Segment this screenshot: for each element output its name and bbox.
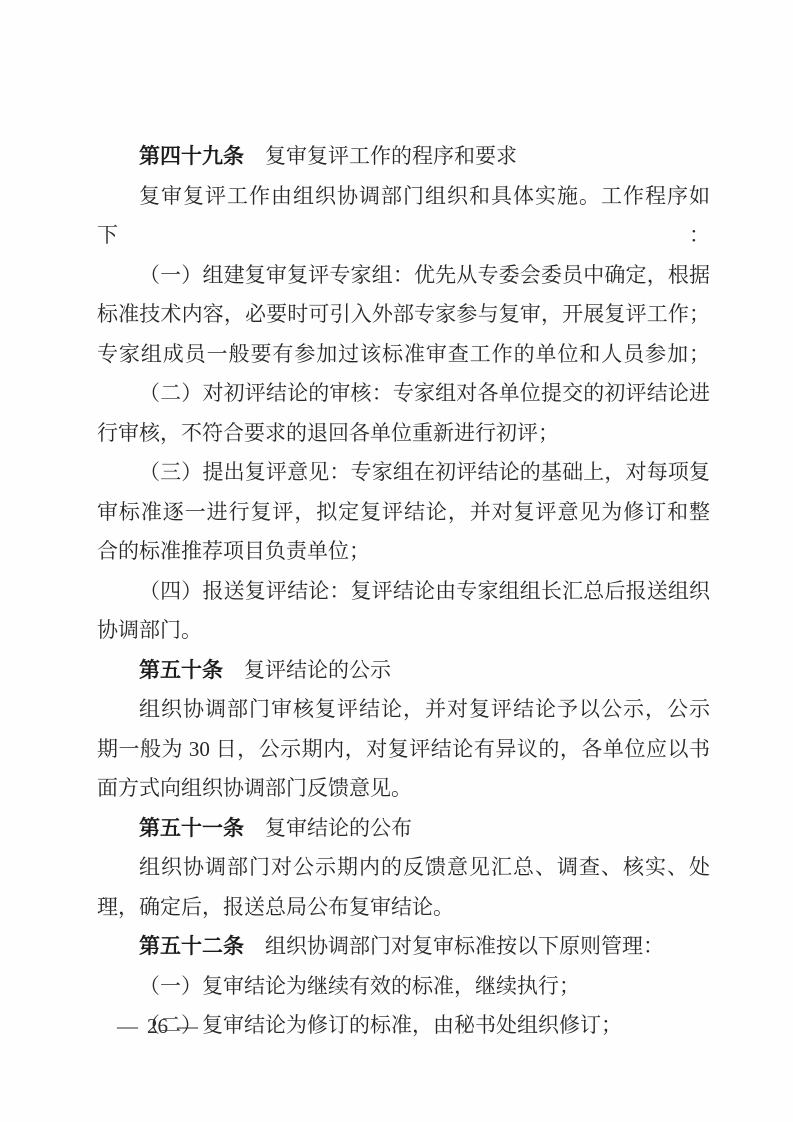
text-line: 面方式向组织协调部门反馈意见。 <box>97 769 710 809</box>
line-text: 协调部门。 <box>97 618 202 642</box>
text-line: 复审复评工作由组织协调部门组织和具体实施。工作程序如下： <box>97 177 710 256</box>
text-line: （三）提出复评意见：专家组在初评结论的基础上，对每项复 <box>97 453 710 493</box>
article-number: 第五十条 <box>139 659 223 682</box>
line-text: 专家组成员一般要有参加过该标准审查工作的单位和人员参加； <box>97 342 710 366</box>
line-text: （三）提出复评意见：专家组在初评结论的基础上，对每项复 <box>139 460 710 484</box>
text-line: 协调部门。 <box>97 611 710 651</box>
line-text: 标准技术内容，必要时可引入外部专家参与复审，开展复评工作； <box>97 302 710 326</box>
line-text: 复审复评工作的程序和要求 <box>244 144 517 168</box>
line-text: 期一般为 30 日，公示期内，对复评结论有异议的，各单位应以书 <box>97 737 710 761</box>
article-heading-line: 第五十一条 复审结论的公布 <box>97 809 710 849</box>
text-line: 专家组成员一般要有参加过该标准审查工作的单位和人员参加； <box>97 335 710 375</box>
article-number: 第四十九条 <box>139 145 244 168</box>
line-text: 审标准逐一进行复评，拟定复评结论，并对复评意见为修订和整 <box>97 500 710 524</box>
text-line: （二）对初评结论的审核：专家组对各单位提交的初评结论进 <box>97 374 710 414</box>
article-heading-line: 第五十条 复评结论的公示 <box>97 651 710 691</box>
line-text: 复审复评工作由组织协调部门组织和具体实施。工作程序如下： <box>97 184 710 248</box>
text-line: 理，确定后，报送总局公布复审结论。 <box>97 888 710 928</box>
line-text: 行审核，不符合要求的退回各单位重新进行初评； <box>97 421 559 445</box>
line-text: （一）组建复审复评专家组：优先从专委会委员中确定，根据 <box>139 263 710 287</box>
line-text: （一）复审结论为继续有效的标准，继续执行； <box>139 974 580 998</box>
text-block: 第四十九条 复审复评工作的程序和要求复审复评工作由组织协调部门组织和具体实施。工… <box>97 137 710 1046</box>
document-page: 第四十九条 复审复评工作的程序和要求复审复评工作由组织协调部门组织和具体实施。工… <box>0 0 793 1122</box>
line-text: 理，确定后，报送总局公布复审结论。 <box>97 895 454 919</box>
text-line: 行审核，不符合要求的退回各单位重新进行初评； <box>97 414 710 454</box>
text-line: 标准技术内容，必要时可引入外部专家参与复审，开展复评工作； <box>97 295 710 335</box>
text-line: （一）组建复审复评专家组：优先从专委会委员中确定，根据 <box>97 256 710 296</box>
page-number: 26 <box>147 1012 168 1040</box>
line-text: 组织协调部门对公示期内的反馈意见汇总、调查、核实、处 <box>139 855 710 879</box>
article-heading-line: 第四十九条 复审复评工作的程序和要求 <box>97 137 710 177</box>
text-line: 组织协调部门审核复评结论，并对复评结论予以公示，公示 <box>97 690 710 730</box>
line-text: 复评结论的公示 <box>223 658 391 682</box>
line-text: （二）对初评结论的审核：专家组对各单位提交的初评结论进 <box>139 381 710 405</box>
line-text: 复审结论的公布 <box>244 816 412 840</box>
page-footer: — 26 — <box>117 1012 198 1040</box>
line-text: （四）报送复评结论：复评结论由专家组组长汇总后报送组织 <box>139 579 710 603</box>
text-line: 审标准逐一进行复评，拟定复评结论，并对复评意见为修订和整 <box>97 493 710 533</box>
article-number: 第五十二条 <box>139 935 244 958</box>
text-line: 期一般为 30 日，公示期内，对复评结论有异议的，各单位应以书 <box>97 730 710 770</box>
line-text: 组织协调部门对复审标准按以下原则管理： <box>244 934 664 958</box>
text-line: 组织协调部门对公示期内的反馈意见汇总、调查、核实、处 <box>97 848 710 888</box>
article-heading-line: 第五十二条 组织协调部门对复审标准按以下原则管理： <box>97 927 710 967</box>
text-line: （四）报送复评结论：复评结论由专家组组长汇总后报送组织 <box>97 572 710 612</box>
line-text: 组织协调部门审核复评结论，并对复评结论予以公示，公示 <box>139 697 710 721</box>
footer-right-dash: — <box>177 1012 198 1040</box>
line-text: （二）复审结论为修订的标准，由秘书处组织修订； <box>139 1013 622 1037</box>
line-text: 合的标准推荐项目负责单位； <box>97 539 370 563</box>
text-line: （一）复审结论为继续有效的标准，继续执行； <box>97 967 710 1007</box>
footer-left-dash: — <box>117 1012 138 1040</box>
line-text: 面方式向组织协调部门反馈意见。 <box>97 776 412 800</box>
article-number: 第五十一条 <box>139 817 244 840</box>
text-line: 合的标准推荐项目负责单位； <box>97 532 710 572</box>
